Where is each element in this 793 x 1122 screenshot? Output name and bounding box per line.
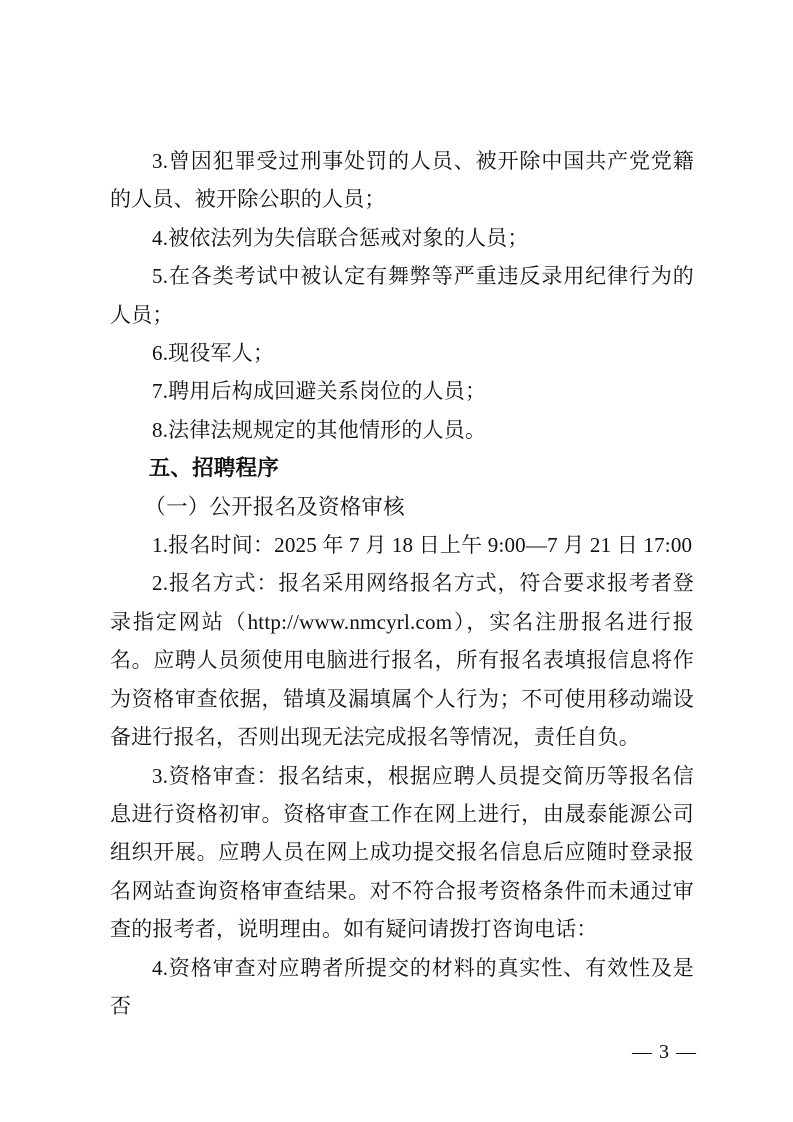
- document-body: 3.曾因犯罪受过刑事处罚的人员、被开除中国共产党党籍的人员、被开除公职的人员； …: [110, 142, 694, 1025]
- paragraph-registration-method: 2.报名方式：报名采用网络报名方式，符合要求报考者登录指定网站（http://w…: [110, 564, 694, 756]
- paragraph-item-3: 3.曾因犯罪受过刑事处罚的人员、被开除中国共产党党籍的人员、被开除公职的人员；: [110, 142, 694, 219]
- section-heading-recruitment-procedure: 五、招聘程序: [110, 449, 694, 487]
- paragraph-qualification-review: 3.资格审查：报名结束，根据应聘人员提交简历等报名信息进行资格初审。资格审查工作…: [110, 757, 694, 949]
- subsection-heading-registration-review: （一）公开报名及资格审核: [110, 488, 694, 526]
- paragraph-registration-time: 1.报名时间：2025 年 7 月 18 日上午 9:00—7 月 21 日 1…: [110, 526, 694, 564]
- page-number: — 3 —: [632, 1038, 697, 1066]
- document-page: 3.曾因犯罪受过刑事处罚的人员、被开除中国共产党党籍的人员、被开除公职的人员； …: [0, 0, 793, 1122]
- paragraph-item-6: 6.现役军人；: [110, 334, 694, 372]
- paragraph-item-4: 4.被依法列为失信联合惩戒对象的人员；: [110, 219, 694, 257]
- paragraph-item-8: 8.法律法规规定的其他情形的人员。: [110, 411, 694, 449]
- paragraph-material-authenticity: 4.资格审查对应聘者所提交的材料的真实性、有效性及是否: [110, 949, 694, 1026]
- paragraph-item-7: 7.聘用后构成回避关系岗位的人员；: [110, 372, 694, 410]
- paragraph-item-5: 5.在各类考试中被认定有舞弊等严重违反录用纪律行为的人员；: [110, 257, 694, 334]
